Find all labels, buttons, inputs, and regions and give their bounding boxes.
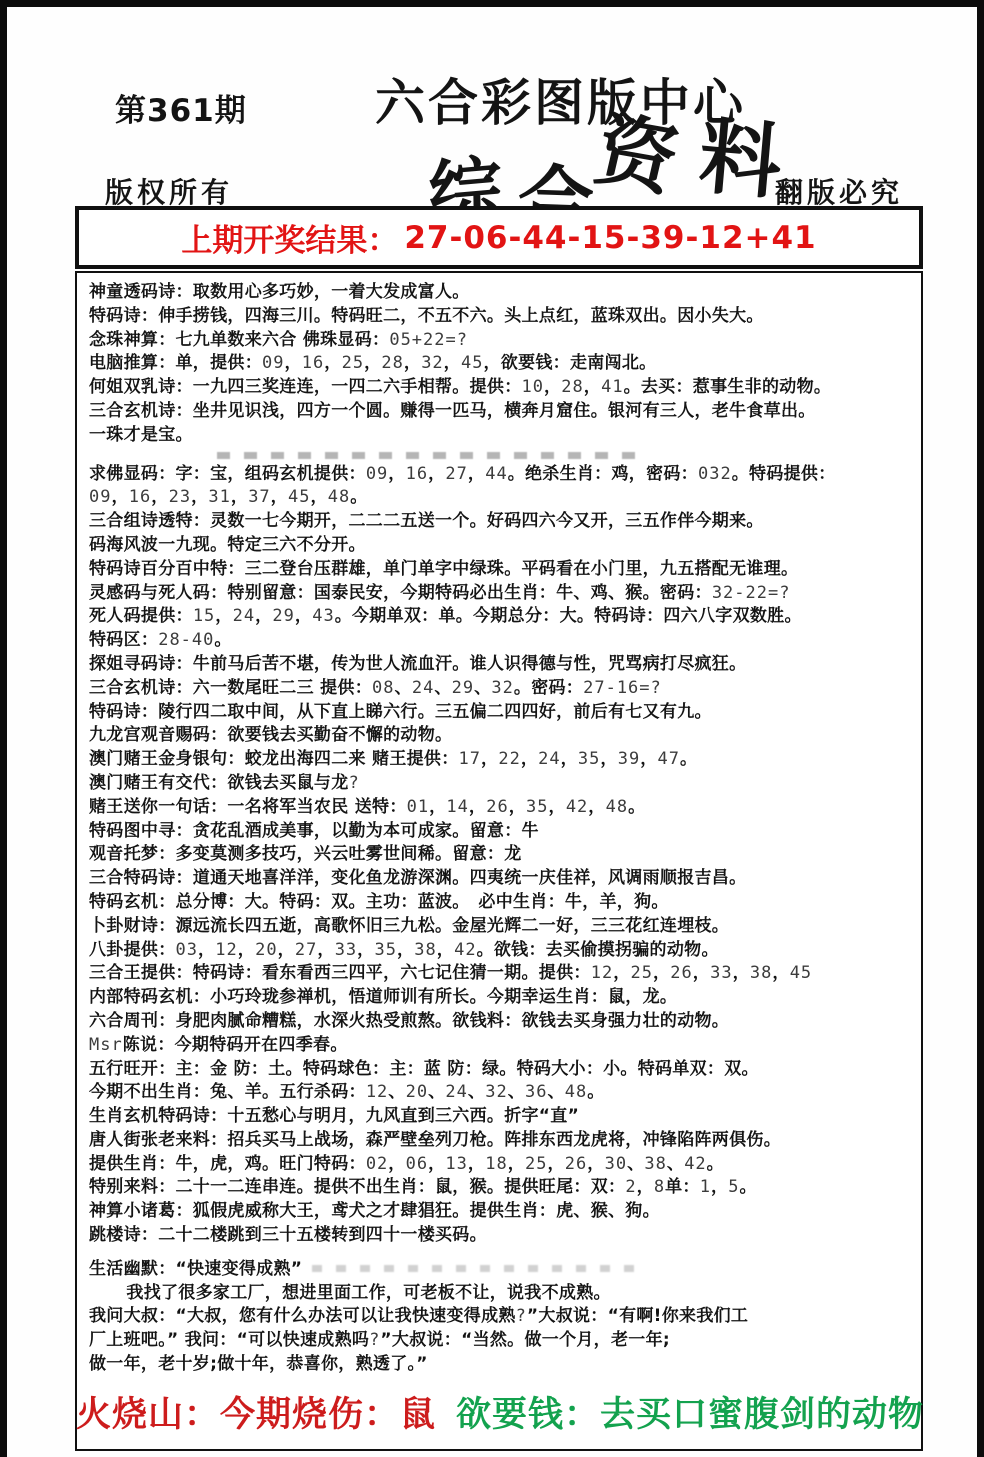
issue-number: 第361期 [115,85,247,130]
body-line: 特码诗：陵行四二取中间，从下直上睇六行。三五偏二四四好，前后有七又有九。 [89,701,911,725]
body-line: 特码诗：伸手捞钱，四海三川。特码旺二，不五不六。头上点红，蓝珠双出。因小失大。 [89,305,911,329]
banner-segment: 火烧山：今期烧伤：鼠 [76,1387,436,1437]
body-line: 唐人街张老来料：招兵买马上战场，森严壁垒列刀枪。阵排东西龙虎将，冲锋陷阵两俱伤。 [89,1129,911,1153]
body-line: 跳楼诗：二十二楼跳到三十五楼转到四十一楼买码。 [89,1224,911,1248]
body-line: 码海风波一九现。特定三六不分开。 [89,534,911,558]
body-line: 三合玄机诗：坐井见识浅，四方一个圆。赚得一匹马，横奔月窟住。银河有三人，老牛食草… [89,400,911,424]
body-line: 特码玄机：总分博：大。特码：双。主功：蓝波。 必中生肖：牛，羊，狗。 [89,891,911,915]
footer-banner: 火烧山：今期烧伤：鼠欲要钱：去买口蜜腹剑的动物 [89,1385,911,1441]
body-line: 念珠神算：七九单数来六合 佛珠显码：05+22=? [89,329,911,353]
body-line: 生肖玄机特码诗：十五愁心与明月，九风直到三六西。折字“直” [89,1105,911,1129]
body-line: 三合玄机诗：六一数尾旺二三 提供：08、24、29、32。密码：27-16=? [89,677,911,701]
body-line: 我问大叔：“大叔，您有什么办法可以让我快速变得成熟?”大叔说：“有啊!你来我们工 [89,1305,911,1329]
body-line: 八卦提供：03，12，20，27，33，35，38，42。欲钱：去买偷摸拐骗的动… [89,939,911,963]
body-line: 特码图中寻：贪花乱酒成美事，以勤为本可成家。留意：牛 [89,820,911,844]
tips-body: 神童透码诗：取数用心多巧妙，一着大发成富人。特码诗：伸手捞钱，四海三川。特码旺二… [75,271,923,1451]
body-line: 做一年，老十岁;做十年，恭喜你，熟透了。” [89,1353,911,1377]
body-line: 赌王送你一句话：一名将军当农民 送特：01，14，26，35，42，48。 [89,796,911,820]
body-line: 死人码提供：15，24，29，43。今期单双：单。今期总分：大。特码诗：四六八字… [89,605,911,629]
body-line: 何姐双乳诗：一九四三奖连连，一四二六手相帮。提供：10，28，41。去买：惹事生… [89,376,911,400]
last-draw-result-box: 上期开奖结果： 27-06-44-15-39-12+41 [75,206,923,269]
body-line: 求佛显码：字：宝，组码玄机提供：09，16，27，44。绝杀生肖：鸡，密码：03… [89,463,911,487]
body-line: 09，16，23，31，37，45，48。 [89,486,911,510]
body-line: 特别来料：二十一二连串连。提供不出生肖：鼠，猴。提供旺尾：双：2，8单：1，5。 [89,1176,911,1200]
main-title-char: 料 [695,92,787,216]
body-line: 内部特码玄机：小巧玲珑参禅机，悟道师训有所长。今期幸运生肖：鼠，龙。 [89,986,911,1010]
body-line: 今期不出生肖：兔、羊。五行杀码：12、20、24、32、36、48。 [89,1081,911,1105]
body-line: 厂上班吧。” 我问：“可以快速成熟吗?”大叔说：“当然。做一个月，老一年; [89,1329,911,1353]
body-line: 六合周刊：身肥肉腻命糟糕，水深火热受煎熬。欲钱料：欲钱去买身强力壮的动物。 [89,1010,911,1034]
body-line: 澳门赌王有交代：欲钱去买鼠与龙? [89,772,911,796]
body-line: 五行旺开：主：金 防：土。特码球色：主：蓝 防：绿。特码大小：小。特码单双：双。 [89,1058,911,1082]
body-lines: 神童透码诗：取数用心多巧妙，一着大发成富人。特码诗：伸手捞钱，四海三川。特码旺二… [89,281,911,1377]
redacted-smudge [217,452,647,459]
body-line: 澳门赌王金身银句：蛟龙出海四二来 赌王提供：17，22，24，35，39，47。 [89,748,911,772]
body-line: 三合组诗透特：灵数一七今期开，二二二五送一个。好码四六今又开，三五作伴今期来。 [89,510,911,534]
body-line: 灵感码与死人码：特别留意：国泰民安，今期特码必出生肖：牛、鸡、猴。密码：32-2… [89,582,911,606]
body-line: 特码诗百分百中特：三二登台压群雄，单门单字中绿珠。平码看在小门里，九五搭配无谁理… [89,558,911,582]
last-draw-label: 上期开奖结果： [181,215,398,260]
copyright-left: 版权所有 [105,171,233,211]
body-line: 我找了很多家工厂，想进里面工作，可老板不让，说我不成熟。 [89,1282,911,1306]
body-line: 生活幽默：“快速变得成熟” [89,1258,911,1282]
body-line: 特码区：28-40。 [89,629,911,653]
body-line: 神算小诸葛：狐假虎威称大王，鸢犬之才肆猖狂。提供生肖：虎、猴、狗。 [89,1200,911,1224]
body-line: 探姐寻码诗：牛前马后苦不堪，传为世人流血汗。谁人识得德与性，咒骂病打尽疯狂。 [89,653,911,677]
body-line: 三合王提供：特码诗：看东看西三四平，六七记住猜一期。提供：12，25，26，33… [89,962,911,986]
lottery-info-sheet: 第361期 六合彩图版中心 综合资料 版权所有 翻版必究 上期开奖结果： 27-… [0,0,984,1457]
body-line: Msr陈说：今期特码开在四季春。 [89,1034,911,1058]
body-line: 提供生肖：牛，虎，鸡。旺门特码：02，06，13，18，25，26，30、38、… [89,1153,911,1177]
main-title-char: 资 [586,85,691,211]
last-draw-numbers: 27-06-44-15-39-12+41 [404,220,816,256]
redacted-smudge [312,1265,642,1272]
body-line: 电脑推算：单，提供：09，16，25，28，32，45，欲要钱：走南闯北。 [89,352,911,376]
body-line: 观音托梦：多变莫测多技巧，兴云吐雾世间稀。留意：龙 [89,843,911,867]
copyright-right: 翻版必究 [775,171,903,211]
body-line: 三合特码诗：道通天地喜洋洋，变化鱼龙游深渊。四夷统一庆佳祥，风调雨顺报吉昌。 [89,867,911,891]
banner-segment: 欲要钱：去买口蜜腹剑的动物 [456,1387,924,1437]
body-line: 一珠才是宝。 [89,424,911,448]
body-line: 神童透码诗：取数用心多巧妙，一着大发成富人。 [89,281,911,305]
body-line: 卜卦财诗：源远流长四五逝，高歌怀旧三九松。金屋光辉二一好，三三花红连埋枝。 [89,915,911,939]
body-line: 九龙宫观音赐码：欲要钱去买勤奋不懈的动物。 [89,724,911,748]
